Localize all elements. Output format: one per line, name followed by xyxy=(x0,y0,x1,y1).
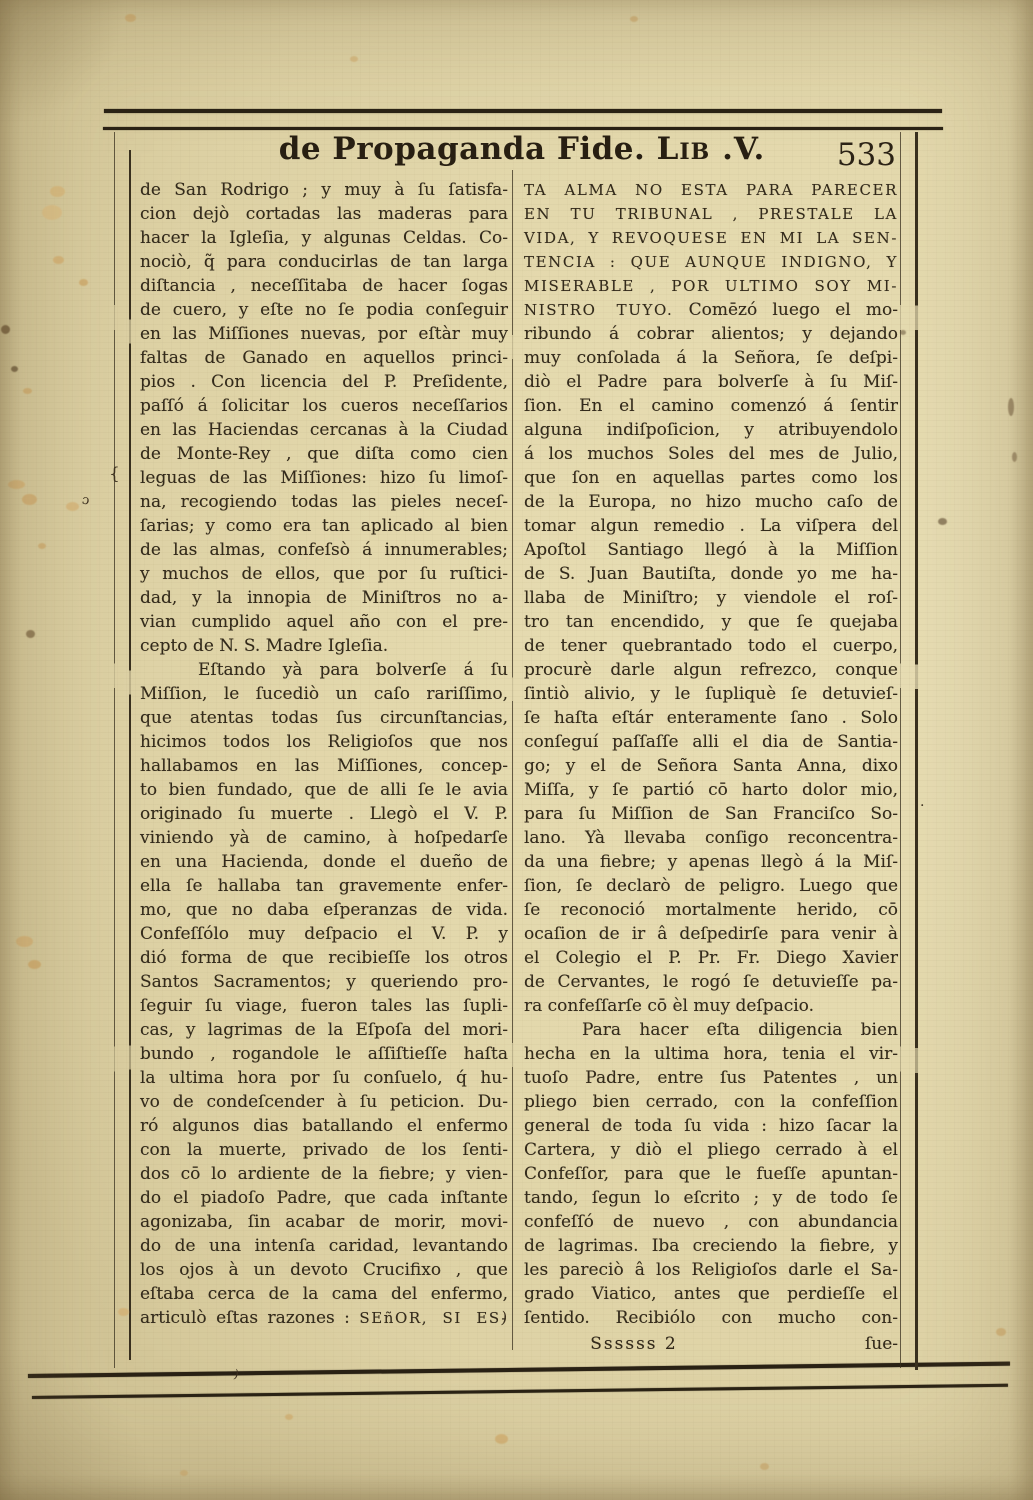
body-text: paſſó á ſolicitar los cueros neceſſarios xyxy=(140,396,508,416)
body-text: á los muchos Soles del mes de Julio, xyxy=(524,444,898,464)
text-line: de Monte-Rey , que diſta como cien xyxy=(140,442,508,466)
page-title: de Propaganda Fide. Lib .V. xyxy=(104,131,940,167)
body-text: tuoſo Padre, entre ſus Patentes , un xyxy=(524,1068,898,1088)
text-line: ſe haſta eſtár enteramente ſano . Solo xyxy=(524,706,898,730)
body-text: lano. Yà llevaba conſigo reconcentra- xyxy=(524,828,898,848)
top-rule-inner xyxy=(103,127,943,130)
body-text: hallabamos en las Miſſiones, concep- xyxy=(140,756,508,776)
text-line: leguas de las Miſſiones: hizo ſu limoſ- xyxy=(140,466,508,490)
text-line: Para hacer eſta diligencia bien xyxy=(524,1018,898,1042)
text-line: tando, ſegun lo eſcrito ; y de todo ſe xyxy=(524,1186,898,1210)
text-line: los ojos à un devoto Crucifixo , que xyxy=(140,1258,508,1282)
body-text: Miſſion, le ſucediò un caſo rariſſimo, xyxy=(140,684,508,704)
text-line: ró algunos dias batallando el enfermo xyxy=(140,1114,508,1138)
text-line: da una fiebre; y apenas llegò á la Miſ- xyxy=(524,850,898,874)
body-text: originado ſu muerte . Llegò el V. P. xyxy=(140,804,508,824)
text-line: á los muchos Soles del mes de Julio, xyxy=(524,442,898,466)
body-text: do el piadoſo Padre, que cada inſtante xyxy=(140,1188,508,1208)
gathering-signature: Ssssss 2 xyxy=(482,1332,786,1356)
body-text: Confeſſor, para que le fueſſe apuntan- xyxy=(524,1164,898,1184)
body-text: ſarias; y como era tan aplicado al bien xyxy=(140,516,508,536)
body-text: ra confeſſarſe cō èl muy deſpacio. xyxy=(524,996,814,1016)
text-line: la ultima hora por ſu conſuelo, q́ hu- xyxy=(140,1066,508,1090)
text-column-right: TA ALMA NO ESTA PARA PARECEREN TU TRIBUN… xyxy=(524,178,898,1356)
book-number-label: Lib .V. xyxy=(657,131,766,167)
foxing-spot xyxy=(630,16,638,22)
text-line: de las almas, confeſsò á innumerables; xyxy=(140,538,508,562)
text-line: procurè darle algun refrezco, conque xyxy=(524,658,898,682)
body-text: Para hacer eſta diligencia bien xyxy=(582,1020,898,1040)
body-text: que atentas todas ſus circunſtancias, xyxy=(140,708,508,728)
body-text: la ultima hora por ſu conſuelo, q́ hu- xyxy=(140,1068,508,1088)
right-margin-rule-outer xyxy=(915,132,918,1370)
body-text: de Monte-Rey , que diſta como cien xyxy=(140,444,508,464)
text-line: ra confeſſarſe cō èl muy deſpacio. xyxy=(524,994,898,1018)
text-line: ſion, ſe declarò de peligro. Luego que xyxy=(524,874,898,898)
foxing-spot xyxy=(23,388,32,394)
body-text: muy conſolada á la Señora, ſe deſpi- xyxy=(524,348,898,368)
foxing-spot xyxy=(26,630,35,638)
text-line: para ſu Miſſion de San Franciſco So- xyxy=(524,802,898,826)
stray-ink-mark: ɔ xyxy=(81,493,90,507)
column-divider-rule xyxy=(512,170,513,1350)
body-text: de S. Juan Bautiſta, donde yo me ha- xyxy=(524,564,898,584)
text-line: vian cumplido aquel año con el pre- xyxy=(140,610,508,634)
body-text: diò el Padre para bolverſe à ſu Miſ- xyxy=(524,372,898,392)
body-text: ró algunos dias batallando el enfermo xyxy=(140,1116,508,1136)
body-text: conſeguí paſſaſſe alli el dia de Santia- xyxy=(524,732,898,752)
body-text: en las Miſſiones nuevas, por eſtàr muy xyxy=(140,324,508,344)
body-text: les pareciò â los Religioſos darle el Sa… xyxy=(524,1260,898,1280)
body-text: na, recogiendo todas las pieles neceſ- xyxy=(140,492,508,512)
text-line: llaba de Miniſtro; y viendole el roſ- xyxy=(524,586,898,610)
text-line: EN TU TRIBUNAL , PRESTALE LA xyxy=(524,202,898,226)
body-text: de las almas, confeſsò á innumerables; xyxy=(140,540,508,560)
foxing-spot xyxy=(495,1434,508,1444)
body-text: ſintiò alivio, y le ſupliquè ſe detuvieſ… xyxy=(524,684,898,704)
text-line: agonizaba, ſin acabar de morir, movi- xyxy=(140,1210,508,1234)
text-line: VIDA, Y REVOQUESE EN MI LA SEN- xyxy=(524,226,898,250)
text-line: NISTRO TUYO. Comēzó luego el mo- xyxy=(524,298,898,322)
text-line: hallabamos en las Miſſiones, concep- xyxy=(140,754,508,778)
body-text: tando, ſegun lo eſcrito ; y de todo ſe xyxy=(524,1188,898,1208)
body-text: de la Europa, no hizo mucho caſo de xyxy=(524,492,898,512)
text-line: nociò, q̃ para conducirlas de tan larga xyxy=(140,250,508,274)
text-line: diò el Padre para bolverſe à ſu Miſ- xyxy=(524,370,898,394)
text-line: Santos Sacramentos; y queriendo pro- xyxy=(140,970,508,994)
body-text: alguna indiſpoſicion, y atribuyendolo xyxy=(524,420,898,440)
text-line: en las Haciendas cercanas à la Ciudad xyxy=(140,418,508,442)
text-line: Confeſſólo muy deſpacio el V. P. y xyxy=(140,922,508,946)
body-text: articulò eſtas razones : xyxy=(140,1308,359,1328)
text-line: de Cervantes, le rogó ſe detuvieſſe pa- xyxy=(524,970,898,994)
body-text: Cartera, y diò el pliego cerrado à el xyxy=(524,1140,898,1160)
body-text: que ſon en aquellas partes como los xyxy=(524,468,898,488)
text-line: dad, y la innopia de Miniſtros no a- xyxy=(140,586,508,610)
text-line: articulò eſtas razones : SEñOR, SI ES- xyxy=(140,1306,508,1330)
small-caps-text: VIDA, Y REVOQUESE EN MI LA SEN- xyxy=(524,229,898,247)
foxing-spot xyxy=(996,1328,1006,1336)
body-text: ocaſion de ir â deſpedirſe para venir à xyxy=(524,924,898,944)
running-head: de Propaganda Fide. Lib .V. 533 xyxy=(104,131,940,177)
text-column-left: de San Rodrigo ; y muy à ſu ſatisfa-cion… xyxy=(140,178,508,1330)
text-line: ſentido. Recibiólo con mucho con- xyxy=(524,1306,898,1330)
text-line: tro tan encendido, y que ſe quejaba xyxy=(524,610,898,634)
text-line: ſe reconoció mortalmente herido, cō xyxy=(524,898,898,922)
body-text: de lagrimas. Iba creciendo la fiebre, y xyxy=(524,1236,898,1256)
text-line: ella ſe hallaba tan gravemente enfer- xyxy=(140,874,508,898)
text-line: ſarias; y como era tan aplicado al bien xyxy=(140,514,508,538)
text-line: mo, que no daba eſperanzas de vida. xyxy=(140,898,508,922)
body-text: de Cervantes, le rogó ſe detuvieſſe pa- xyxy=(524,972,898,992)
body-text: cion dejò cortadas las maderas para xyxy=(140,204,508,224)
body-text: llaba de Miniſtro; y viendole el roſ- xyxy=(524,588,898,608)
text-line: dió forma de que recibieſſe los otros xyxy=(140,946,508,970)
text-line: tuoſo Padre, entre ſus Patentes , un xyxy=(524,1066,898,1090)
text-line: TA ALMA NO ESTA PARA PARECER xyxy=(524,178,898,202)
body-text: de tener quebrantado todo el cuerpo, xyxy=(524,636,898,656)
foxing-spot xyxy=(180,1470,188,1476)
book-page-scan: de Propaganda Fide. Lib .V. 533 de San R… xyxy=(0,0,1033,1500)
foxing-spot xyxy=(50,186,65,197)
text-line: hacer la Igleſia, y algunas Celdas. Co- xyxy=(140,226,508,250)
body-text: dos cō lo ardiente de la fiebre; y vien- xyxy=(140,1164,508,1184)
body-text: ſeguir ſu viage, fueron tales las ſupli- xyxy=(140,996,508,1016)
body-text: de cuero, y eſte no ſe podia conſeguir xyxy=(140,300,508,320)
text-line: hicimos todos los Religioſos que nos xyxy=(140,730,508,754)
text-line: ribundo á cobrar alientos; y dejando xyxy=(524,322,898,346)
text-line: diſtancia , neceſſitaba de hacer ſogas xyxy=(140,274,508,298)
body-text: ſe haſta eſtár enteramente ſano . Solo xyxy=(524,708,898,728)
body-text: cepto de N. S. Madre Igleſia. xyxy=(140,636,388,656)
body-text: dió forma de que recibieſſe los otros xyxy=(140,948,508,968)
foxing-spot xyxy=(8,480,25,489)
text-line: Confeſſor, para que le fueſſe apuntan- xyxy=(524,1162,898,1186)
text-line: en las Miſſiones nuevas, por eſtàr muy xyxy=(140,322,508,346)
text-line: ſeguir ſu viage, fueron tales las ſupli- xyxy=(140,994,508,1018)
text-line: cas, y lagrimas de la Eſpoſa del mori- xyxy=(140,1018,508,1042)
body-text: Santos Sacramentos; y queriendo pro- xyxy=(140,972,508,992)
body-text: los ojos à un devoto Crucifixo , que xyxy=(140,1260,508,1280)
body-text: el Colegio el P. Pr. Fr. Diego Xavier xyxy=(524,948,898,968)
body-text: en las Haciendas cercanas à la Ciudad xyxy=(140,420,508,440)
foxing-spot xyxy=(66,502,79,511)
text-line: de tener quebrantado todo el cuerpo, xyxy=(524,634,898,658)
text-line: Miſſa, y ſe partió cō harto dolor mio, xyxy=(524,778,898,802)
text-line: de lagrimas. Iba creciendo la fiebre, y xyxy=(524,1234,898,1258)
body-text: do de una intenſa caridad, levantando xyxy=(140,1236,508,1256)
text-line: ſintiò alivio, y le ſupliquè ſe detuvieſ… xyxy=(524,682,898,706)
body-text: Miſſa, y ſe partió cō harto dolor mio, xyxy=(524,780,898,800)
body-text: ſion, ſe declarò de peligro. Luego que xyxy=(524,876,898,896)
text-line: do el piadoſo Padre, que cada inſtante xyxy=(140,1186,508,1210)
text-line: vo de condeſcender à ſu peticion. Du- xyxy=(140,1090,508,1114)
body-text: de San Rodrigo ; y muy à ſu ſatisfa- xyxy=(140,180,508,200)
foxing-spot xyxy=(1012,452,1017,462)
foxing-spot xyxy=(16,936,33,947)
text-line: MISERABLE , POR ULTIMO SOY MI- xyxy=(524,274,898,298)
text-line: de S. Juan Bautiſta, donde yo me ha- xyxy=(524,562,898,586)
text-line: el Colegio el P. Pr. Fr. Diego Xavier xyxy=(524,946,898,970)
body-text: da una fiebre; y apenas llegò á la Miſ- xyxy=(524,852,898,872)
foxing-spot xyxy=(38,543,46,549)
text-line: Eſtando yà para bolverſe á ſu xyxy=(140,658,508,682)
body-text: tomar algun remedio . La viſpera del xyxy=(524,516,898,536)
foxing-spot xyxy=(1,325,10,334)
foxing-spot xyxy=(28,960,41,969)
text-line: de cuero, y eſte no ſe podia conſeguir xyxy=(140,298,508,322)
body-text: ſentido. Recibiólo con mucho con- xyxy=(524,1308,898,1328)
body-text: bundo , rogandole le aſſiſtieſſe haſta xyxy=(140,1044,508,1064)
body-text: tro tan encendido, y que ſe quejaba xyxy=(524,612,898,632)
body-text: nociò, q̃ para conducirlas de tan larga xyxy=(140,252,508,272)
top-rule-outer xyxy=(104,109,942,113)
body-text: hacer la Igleſia, y algunas Celdas. Co- xyxy=(140,228,508,248)
stray-ink-mark: . xyxy=(920,795,924,809)
page-number: 533 xyxy=(837,137,896,173)
text-line: bundo , rogandole le aſſiſtieſſe haſta xyxy=(140,1042,508,1066)
foxing-spot xyxy=(760,1463,769,1470)
text-line: alguna indiſpoſicion, y atribuyendolo xyxy=(524,418,898,442)
small-caps-text: NISTRO TUYO. xyxy=(524,301,673,319)
body-text: vo de condeſcender à ſu peticion. Du- xyxy=(140,1092,508,1112)
body-text: cas, y lagrimas de la Eſpoſa del mori- xyxy=(140,1020,508,1040)
text-line: que atentas todas ſus circunſtancias, xyxy=(140,706,508,730)
text-line: de la Europa, no hizo mucho caſo de xyxy=(524,490,898,514)
text-line: na, recogiendo todas las pieles neceſ- xyxy=(140,490,508,514)
text-line: muy conſolada á la Señora, ſe deſpi- xyxy=(524,346,898,370)
text-line: TENCIA : QUE AUNQUE INDIGNO, Y xyxy=(524,250,898,274)
foxing-spot xyxy=(79,279,88,286)
body-text: Apoſtol Santiago llegó à la Miſſion xyxy=(524,540,898,560)
body-text: en una Hacienda, donde el dueño de xyxy=(140,852,508,872)
body-text: agonizaba, ſin acabar de morir, movi- xyxy=(140,1212,508,1232)
foxing-spot xyxy=(350,56,358,62)
text-line: faltas de Ganado en aquellos princi- xyxy=(140,346,508,370)
right-margin-rule-inner xyxy=(900,132,901,1368)
foxing-spot xyxy=(22,494,37,505)
foxing-spot xyxy=(42,205,62,220)
body-text: ſe reconoció mortalmente herido, cō xyxy=(524,900,898,920)
small-caps-text: SEñOR, SI ES- xyxy=(359,1309,508,1327)
text-line: cepto de N. S. Madre Igleſia. xyxy=(140,634,508,658)
body-text: Comēzó luego el mo- xyxy=(673,300,898,320)
body-text: confeſſó de nuevo , con abundancia xyxy=(524,1212,898,1232)
text-line: originado ſu muerte . Llegò el V. P. xyxy=(140,802,508,826)
text-line: tomar algun remedio . La viſpera del xyxy=(524,514,898,538)
bottom-rule-inner xyxy=(32,1384,1008,1399)
text-line: ſion. En el camino comenzó á ſentir xyxy=(524,394,898,418)
text-line: confeſſó de nuevo , con abundancia xyxy=(524,1210,898,1234)
body-text: dad, y la innopia de Miniſtros no a- xyxy=(140,588,508,608)
body-text: to bien fundado, que de alli ſe le avia xyxy=(140,780,508,800)
foxing-spot xyxy=(938,518,947,525)
text-line: paſſó á ſolicitar los cueros neceſſarios xyxy=(140,394,508,418)
text-line: Cartera, y diò el pliego cerrado à el xyxy=(524,1138,898,1162)
text-line: que ſon en aquellas partes como los xyxy=(524,466,898,490)
text-line: les pareciò â los Religioſos darle el Sa… xyxy=(524,1258,898,1282)
text-line: grado Viatico, antes que perdieſſe el xyxy=(524,1282,898,1306)
small-caps-text: TENCIA : QUE AUNQUE INDIGNO, Y xyxy=(524,253,898,271)
body-text: faltas de Ganado en aquellos princi- xyxy=(140,348,508,368)
foxing-spot xyxy=(53,256,64,264)
text-line: en una Hacienda, donde el dueño de xyxy=(140,850,508,874)
body-text: ſion. En el camino comenzó á ſentir xyxy=(524,396,898,416)
text-line: viniendo yà de camino, à hoſpedarſe xyxy=(140,826,508,850)
foxing-spot xyxy=(118,1308,129,1316)
body-text: eſtaba cerca de la cama del enfermo, xyxy=(140,1284,508,1304)
body-text: para ſu Miſſion de San Franciſco So- xyxy=(524,804,898,824)
text-line: cion dejò cortadas las maderas para xyxy=(140,202,508,226)
text-line: do de una intenſa caridad, levantando xyxy=(140,1234,508,1258)
text-line: Miſſion, le ſucediò un caſo rariſſimo, xyxy=(140,682,508,706)
foxing-spot xyxy=(125,14,136,22)
small-caps-text: MISERABLE , POR ULTIMO SOY MI- xyxy=(524,277,898,295)
body-text: hecha en la ultima hora, tenia el vir- xyxy=(524,1044,898,1064)
text-line: ocaſion de ir â deſpedirſe para venir à xyxy=(524,922,898,946)
footer-line: Ssssss 2ſue- xyxy=(524,1332,898,1356)
text-line: pios . Con licencia del P. Preſidente, xyxy=(140,370,508,394)
body-text: go; y el de Señora Santa Anna, dixo xyxy=(524,756,898,776)
body-text: ella ſe hallaba tan gravemente enfer- xyxy=(140,876,508,896)
body-text: con la muerte, privado de los ſenti- xyxy=(140,1140,508,1160)
body-text: ribundo á cobrar alientos; y dejando xyxy=(524,324,898,344)
body-text: Confeſſólo muy deſpacio el V. P. y xyxy=(140,924,508,944)
body-text: Eſtando yà para bolverſe á ſu xyxy=(198,660,508,680)
body-text: mo, que no daba eſperanzas de vida. xyxy=(140,900,508,920)
small-caps-text: TA ALMA NO ESTA PARA PARECER xyxy=(524,181,898,199)
text-line: y muchos de ellos, que por ſu ruſtici- xyxy=(140,562,508,586)
body-text: y muchos de ellos, que por ſu ruſtici- xyxy=(140,564,508,584)
text-line: go; y el de Señora Santa Anna, dixo xyxy=(524,754,898,778)
text-line: pliego bien cerrado, con la confeſſion xyxy=(524,1090,898,1114)
body-text: pios . Con licencia del P. Preſidente, xyxy=(140,372,508,392)
bottom-rule-outer xyxy=(28,1362,1010,1378)
text-line: de San Rodrigo ; y muy à ſu ſatisfa- xyxy=(140,178,508,202)
foxing-spot xyxy=(1008,398,1014,416)
body-text: procurè darle algun refrezco, conque xyxy=(524,660,898,680)
small-caps-text: EN TU TRIBUNAL , PRESTALE LA xyxy=(524,205,898,223)
text-line: conſeguí paſſaſſe alli el dia de Santia- xyxy=(524,730,898,754)
body-text: diſtancia , neceſſitaba de hacer ſogas xyxy=(140,276,508,296)
body-text: viniendo yà de camino, à hoſpedarſe xyxy=(140,828,508,848)
body-text: general de toda ſu vida : hizo ſacar la xyxy=(524,1116,898,1136)
text-line: con la muerte, privado de los ſenti- xyxy=(140,1138,508,1162)
text-line: general de toda ſu vida : hizo ſacar la xyxy=(524,1114,898,1138)
left-margin-rule-outer xyxy=(114,132,115,1368)
body-text: leguas de las Miſſiones: hizo ſu limoſ- xyxy=(140,468,508,488)
left-margin-rule-inner xyxy=(129,150,131,1360)
text-line: lano. Yà llevaba conſigo reconcentra- xyxy=(524,826,898,850)
catchword: ſue- xyxy=(828,1332,898,1356)
foxing-spot xyxy=(285,1414,293,1420)
body-text: grado Viatico, antes que perdieſſe el xyxy=(524,1284,898,1304)
body-text: hicimos todos los Religioſos que nos xyxy=(140,732,508,752)
foxing-spot xyxy=(11,366,18,372)
text-line: Apoſtol Santiago llegó à la Miſſion xyxy=(524,538,898,562)
text-line: hecha en la ultima hora, tenia el vir- xyxy=(524,1042,898,1066)
body-text: vian cumplido aquel año con el pre- xyxy=(140,612,508,632)
body-text: pliego bien cerrado, con la confeſſion xyxy=(524,1092,898,1112)
text-line: dos cō lo ardiente de la fiebre; y vien- xyxy=(140,1162,508,1186)
text-line: to bien fundado, que de alli ſe le avia xyxy=(140,778,508,802)
text-line: eſtaba cerca de la cama del enfermo, xyxy=(140,1282,508,1306)
